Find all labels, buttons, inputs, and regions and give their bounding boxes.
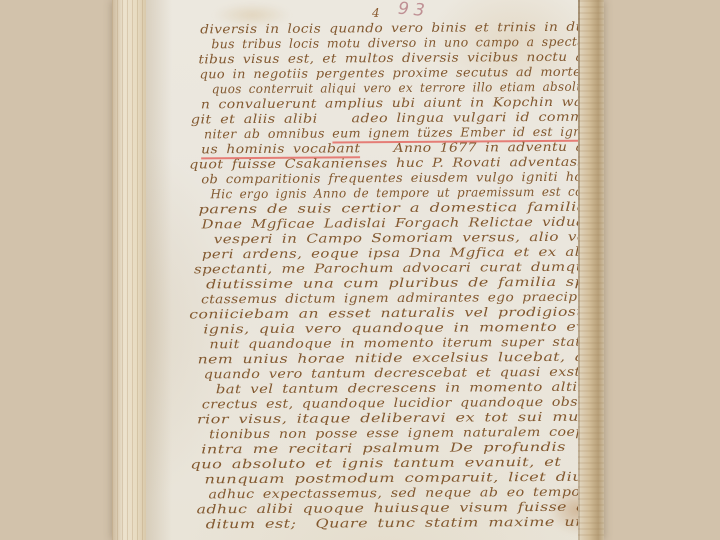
manuscript-text: diversis in locis quando vero binis et t…	[188, 20, 604, 533]
line-text: vesperi in Campo Somoriam versus, alio v…	[214, 230, 595, 247]
manuscript-photo: 4 93 diversis in locis quando vero binis…	[112, 0, 604, 540]
manuscript-line: ditum est; Quare tunc statim maxime unq	[206, 514, 604, 533]
line-text: diutissime una cum pluribus de familia s…	[206, 275, 595, 292]
line-text: bat vel tantum decrescens in momento alt…	[216, 380, 596, 397]
line-text: n convaluerunt amplius ubi aiunt in Kopc…	[201, 95, 594, 112]
line-text: quot fuisse Csakanienses huc P. Rovati a…	[189, 155, 594, 172]
line-text: Anno 1677 in adventu ali	[360, 140, 594, 156]
line-text: rior visus, itaque deliberavi ex tot sui…	[197, 410, 596, 427]
line-text: quo absoluto et ignis tantum evanuit, et	[190, 455, 561, 472]
page-stack-edge	[578, 0, 604, 540]
line-text: quando vero tantum decrescebat et quasi …	[204, 365, 596, 382]
manuscript-page: 4 93 diversis in locis quando vero binis…	[146, 0, 578, 540]
line-text: nem unius horae nitide excelsius lucebat…	[198, 350, 596, 367]
line-text: Dnae Mgficae Ladislai Forgach Relictae v…	[202, 215, 595, 232]
line-text: ditum est; Quare tunc statim maxime unq	[206, 515, 597, 532]
line-text: Hic ergo ignis Anno de tempore ut praemi…	[210, 185, 594, 202]
page-number: 93	[397, 0, 430, 21]
line-text: tibus visus est, et multos diversis vici…	[198, 50, 593, 67]
line-text: adhuc alibi quoque huiusque visum fuisse…	[197, 500, 597, 517]
line-text: ctassemus dictum ignem admirantes ego pr…	[201, 290, 595, 307]
line-text: diversis in locis quando vero binis et t…	[200, 20, 593, 37]
book-gutter-edge	[112, 0, 146, 540]
page-stack-edge-line	[578, 0, 580, 540]
line-text: quos conterruit aliqui vero ex terrore i…	[212, 80, 594, 97]
line-text: niter ab omnibus	[204, 126, 332, 141]
line-text: bus tribus locis motu diverso in uno cam…	[211, 35, 593, 52]
line-text: quo in negotiis pergentes proxime secutu…	[200, 65, 594, 82]
line-text: nuit quandoque in momento iterum super s…	[209, 335, 595, 352]
line-text: git et aliis alibi adeo lingua vulgari i…	[191, 110, 594, 127]
line-text: nunquam postmodum comparuit, licet diu	[204, 470, 583, 487]
slide-background: 4 93 diversis in locis quando vero binis…	[0, 0, 720, 540]
line-text: spectanti, me Parochum advocari curat du…	[194, 260, 595, 277]
line-text: peri ardens, eoque ipsa Dna Mgfica et ex…	[202, 245, 595, 262]
line-text: ignis, quia vero quandoque in momento ev…	[203, 320, 595, 337]
line-text: crectus est, quandoque lucidior quandoqu…	[202, 395, 596, 412]
line-text: coniiciebam an esset naturalis vel prodi…	[189, 305, 595, 322]
line-text: adhuc expectassemus, sed neque ab eo tem…	[208, 485, 596, 502]
line-text: tionibus non posse esse ignem naturalem …	[209, 425, 596, 442]
folio-mark: 4	[372, 6, 380, 20]
line-text: parens de suis certior a domestica famil…	[198, 200, 586, 217]
line-text: ob comparitionis frequentes eiusdem vulg…	[201, 170, 594, 187]
line-text: intra me recitari psalmum De profundis	[201, 440, 566, 457]
